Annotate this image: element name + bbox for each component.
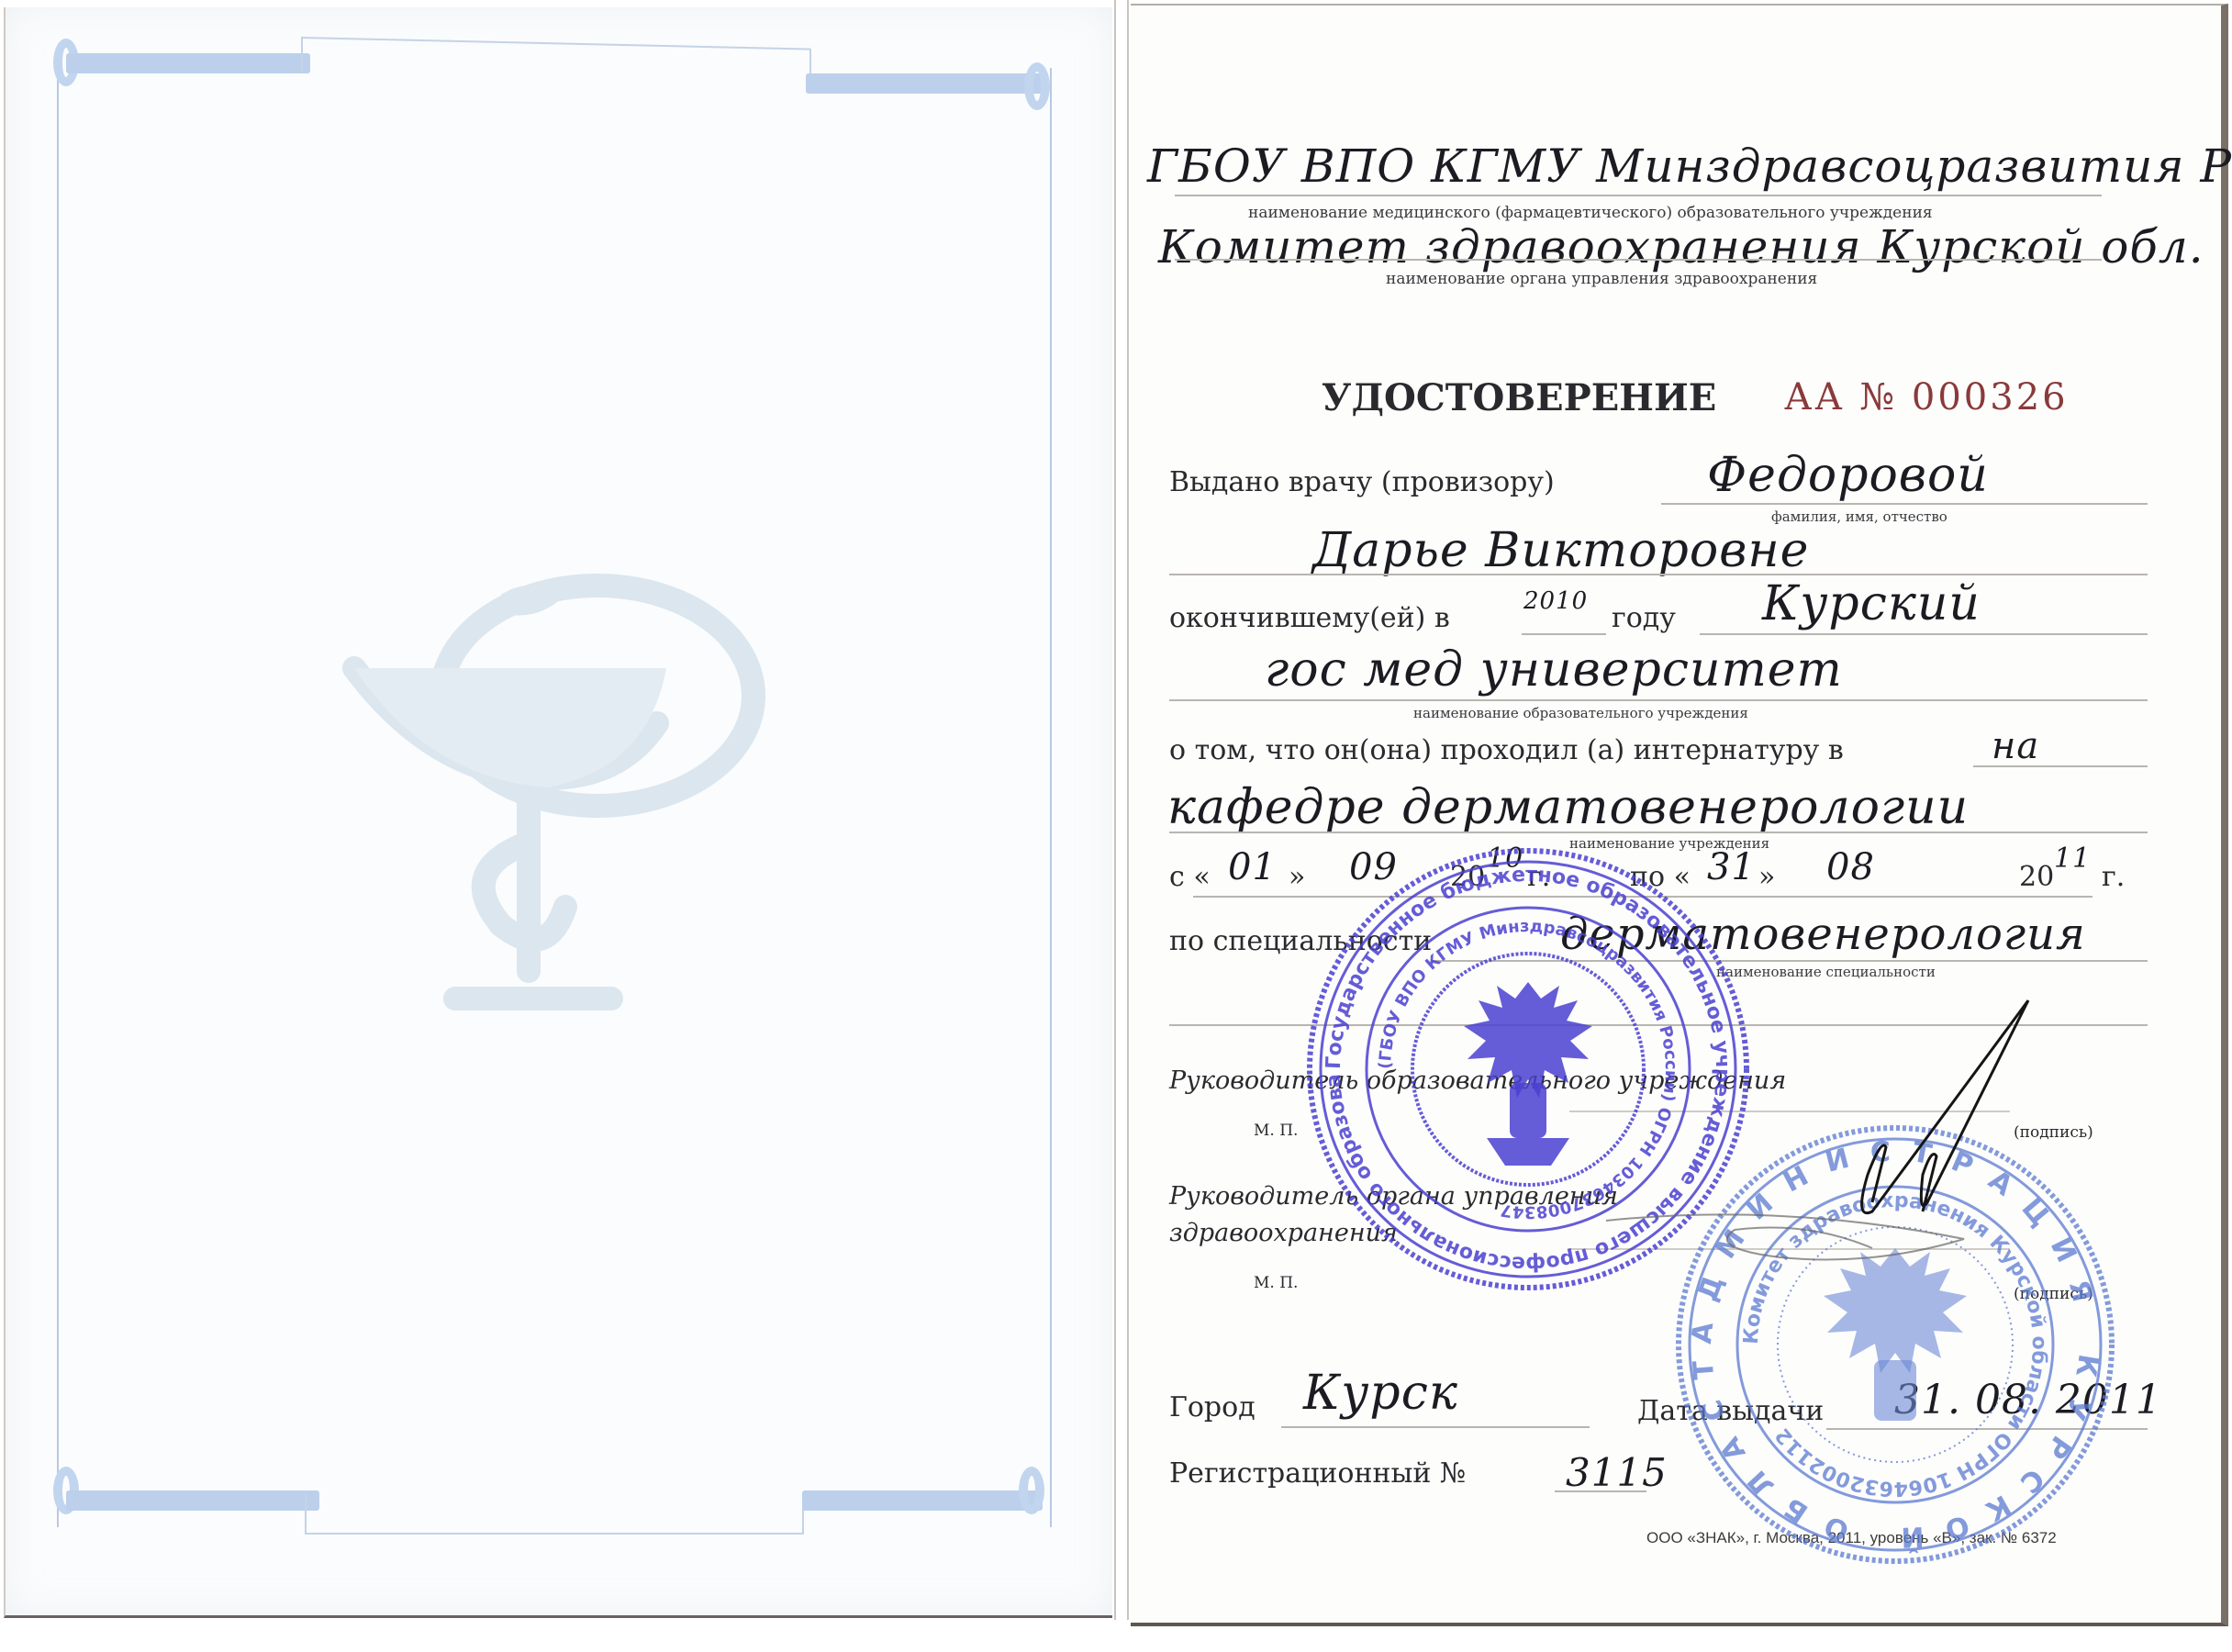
year-label: году	[1612, 602, 1676, 634]
mp-label-1: М. П.	[1254, 1122, 1298, 1140]
frame-line	[301, 37, 811, 50]
to-year-suffix: 11	[2054, 843, 2091, 875]
internship-prefix: на	[1992, 725, 2039, 767]
specialty-caption: наименование специальности	[1716, 964, 1936, 980]
to-month: 08	[1826, 846, 1875, 888]
signature-head-authority	[1597, 1193, 1982, 1294]
certificate-spread: ГБОУ ВПО КГМУ Минздравсоцразвития России…	[0, 0, 2232, 1652]
to-quote-close: »	[1758, 861, 1775, 893]
to-year-label: г.	[2102, 861, 2125, 893]
left-page	[4, 7, 1112, 1618]
mp-label-2: М. П.	[1254, 1274, 1298, 1292]
issued-to-label: Выдано врачу (провизору)	[1169, 466, 1555, 498]
city-rule	[1281, 1426, 1590, 1428]
university-line2: гос мед университет	[1265, 642, 1843, 698]
document-title: УДОСТОВЕРЕНИЕ	[1322, 376, 1716, 419]
internship-label: о том, что он(она) проходил (а) интернат…	[1169, 734, 1844, 766]
reg-number-handwritten: 3115	[1566, 1450, 1668, 1495]
university-rule-2	[1169, 699, 2148, 701]
frame-step	[305, 1494, 307, 1533]
spine-line	[1127, 0, 1129, 1620]
graduated-label: окончившему(ей) в	[1169, 602, 1450, 634]
frame-bar	[806, 73, 1046, 94]
institution-caption: наименование медицинского (фармацевтичес…	[1248, 204, 1933, 222]
internship-rule	[1973, 765, 2148, 767]
frame-bar	[66, 53, 310, 73]
frame-line	[305, 1533, 804, 1535]
authority-handwritten: Комитет здравоохранения Курской обл.	[1158, 220, 2204, 273]
name-handwritten: Дарье Викторовне	[1312, 523, 1809, 578]
to-day: 31	[1707, 846, 1756, 888]
bowl-of-hygieia-icon	[318, 540, 776, 1017]
frame-bar	[802, 1490, 1043, 1511]
surname-handwritten: Федоровой	[1707, 448, 1989, 503]
scroll-ornament-icon	[1024, 62, 1050, 110]
from-month: 09	[1349, 846, 1398, 888]
scroll-ornament-icon	[1019, 1467, 1044, 1514]
reg-number-rule	[1555, 1490, 1646, 1492]
department-rule	[1169, 832, 2148, 833]
city-label: Город	[1169, 1391, 1255, 1423]
frame-step	[301, 37, 303, 73]
institution-rule	[1175, 195, 2102, 196]
institution-handwritten: ГБОУ ВПО КГМУ Минздравсоцразвития России	[1147, 140, 2232, 193]
authority-caption: наименование органа управления здравоохр…	[1386, 270, 1817, 288]
from-day: 01	[1228, 846, 1277, 888]
reg-number-label: Регистрационный №	[1169, 1457, 1466, 1490]
city-handwritten: Курск	[1303, 1366, 1458, 1421]
serial-digits: 000326	[1912, 376, 2069, 419]
spine-line	[1114, 0, 1116, 1620]
surname-rule	[1661, 503, 2148, 505]
university-rule-1	[1700, 633, 2148, 635]
university-line1: Курский	[1762, 576, 1981, 631]
from-label: с «	[1169, 861, 1211, 893]
double-headed-eagle-icon	[1464, 982, 1592, 1166]
university-caption: наименование образовательного учреждения	[1413, 705, 1748, 721]
serial-number: АА № 000326	[1784, 376, 2069, 419]
from-quote-close: »	[1289, 861, 1305, 893]
graduation-year: 2010	[1523, 587, 1588, 615]
serial-number-sign: №	[1859, 376, 1897, 419]
department-handwritten: кафедре дерматовенерологии	[1167, 780, 1969, 835]
to-year-prefix: 20	[2019, 861, 2054, 893]
frame-bar	[66, 1490, 319, 1511]
name-rule	[1169, 574, 2148, 575]
serial-series: АА	[1784, 376, 1846, 419]
year-rule	[1522, 633, 1606, 635]
authority-rule	[1175, 259, 2102, 261]
